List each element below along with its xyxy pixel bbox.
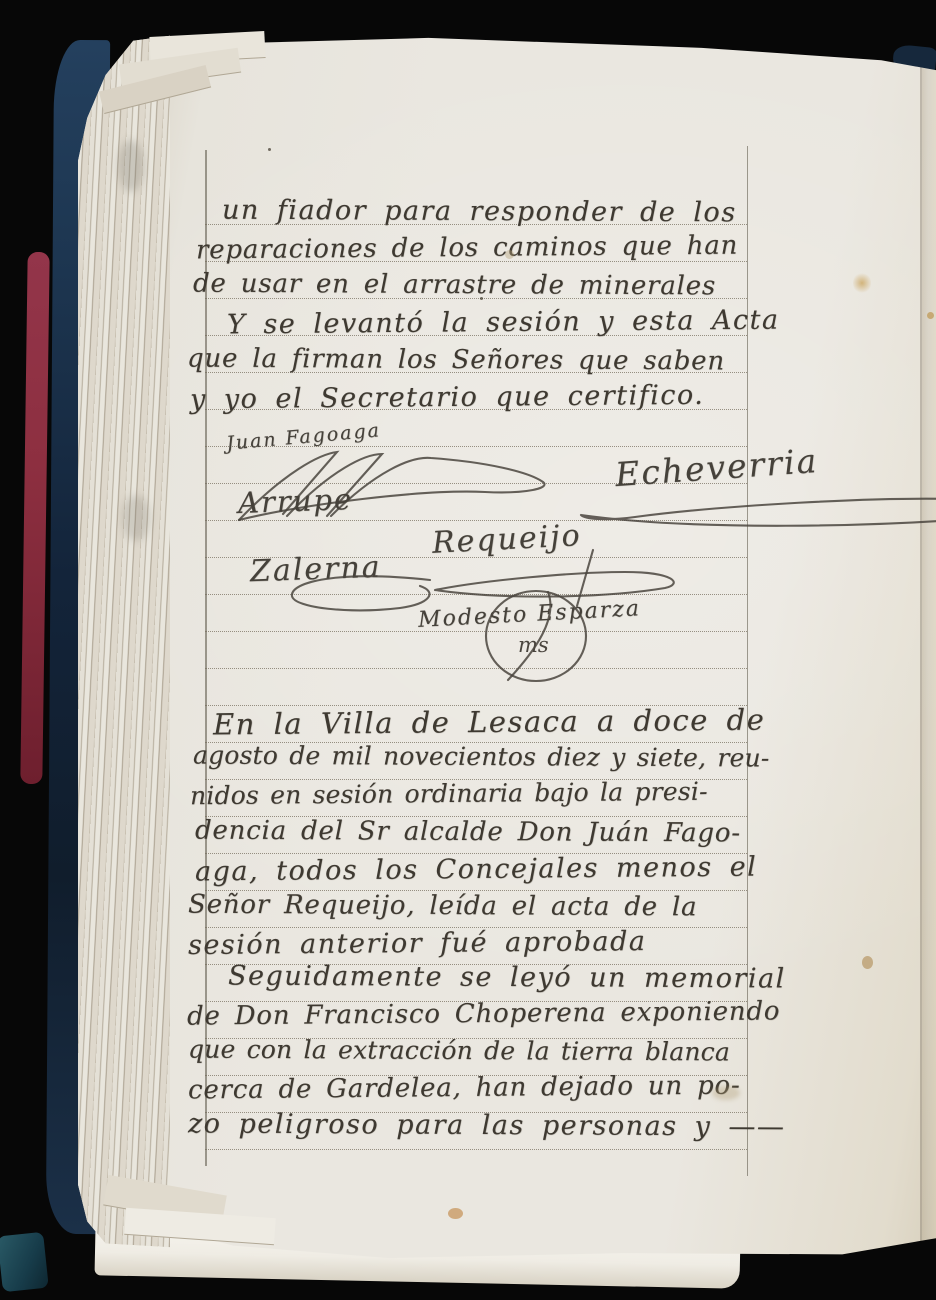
book-page: un fiador para responder de los reparaci… bbox=[155, 28, 936, 1268]
handwritten-line: agosto de mil novecientos diez y siete, … bbox=[193, 740, 770, 772]
handwritten-line: dencia del Sr alcalde Don Juán Fago- bbox=[195, 816, 741, 849]
handwritten-line: un fiador para responder de los bbox=[222, 195, 737, 229]
handwritten-line: En la Villa de Lesaca a doce de bbox=[213, 703, 766, 742]
manuscript-photo: un fiador para responder de los reparaci… bbox=[0, 0, 936, 1300]
shadow-smudge bbox=[118, 140, 144, 192]
rubric-echeverria-flourish bbox=[575, 487, 936, 533]
rubric-esparza-circle: ms bbox=[478, 586, 596, 688]
handwritten-line: Y se levantó la sesión y esta Acta bbox=[227, 305, 780, 341]
stain bbox=[712, 1086, 740, 1100]
handwritten-line: sesión anterior fué aprobada bbox=[188, 926, 647, 961]
book-cover-red-edge bbox=[20, 252, 49, 784]
handwritten-line: que con la extracción de la tierra blanc… bbox=[188, 1035, 730, 1067]
stain bbox=[862, 956, 873, 969]
handwritten-line: que la firman los Señores que saben bbox=[187, 344, 725, 377]
rule-line bbox=[205, 668, 747, 669]
handwritten-line: de Don Francisco Choperena exponiendo bbox=[187, 996, 781, 1031]
shadow-smudge bbox=[122, 495, 150, 541]
stain bbox=[505, 250, 514, 259]
stain bbox=[927, 312, 934, 319]
handwritten-line: aga, todos los Concejales menos el bbox=[195, 852, 758, 888]
ink-speck bbox=[268, 148, 271, 151]
handwritten-line: Seguidamente se leyó un memorial bbox=[228, 961, 786, 995]
signature-arrupe: Arrupe bbox=[237, 482, 353, 520]
rule-line bbox=[205, 1149, 747, 1150]
handwritten-line: cerca de Gardelea, han dejado un po- bbox=[188, 1071, 741, 1106]
stain bbox=[448, 1208, 463, 1219]
ink-speck bbox=[480, 297, 483, 300]
handwritten-line: reparaciones de los caminos que han bbox=[196, 231, 738, 266]
handwritten-line: y yo el Secretario que certifico. bbox=[190, 380, 705, 415]
rule-line bbox=[205, 631, 747, 632]
esparza-rubric-initials: ms bbox=[518, 633, 549, 657]
page-fore-edge-shading bbox=[922, 28, 936, 1268]
handwritten-line: zo peligroso para las personas y —— bbox=[188, 1108, 786, 1142]
stain bbox=[853, 272, 871, 294]
page-stack-edges bbox=[78, 26, 170, 1252]
handwritten-line: Señor Requeijo, leída el acta de la bbox=[188, 890, 698, 923]
handwritten-line: de usar en el arrastre de minerales bbox=[193, 269, 716, 302]
handwritten-line: nidos en sesión ordinaria bajo la presi- bbox=[190, 777, 708, 811]
book-cover-teal-corner bbox=[0, 1232, 49, 1293]
